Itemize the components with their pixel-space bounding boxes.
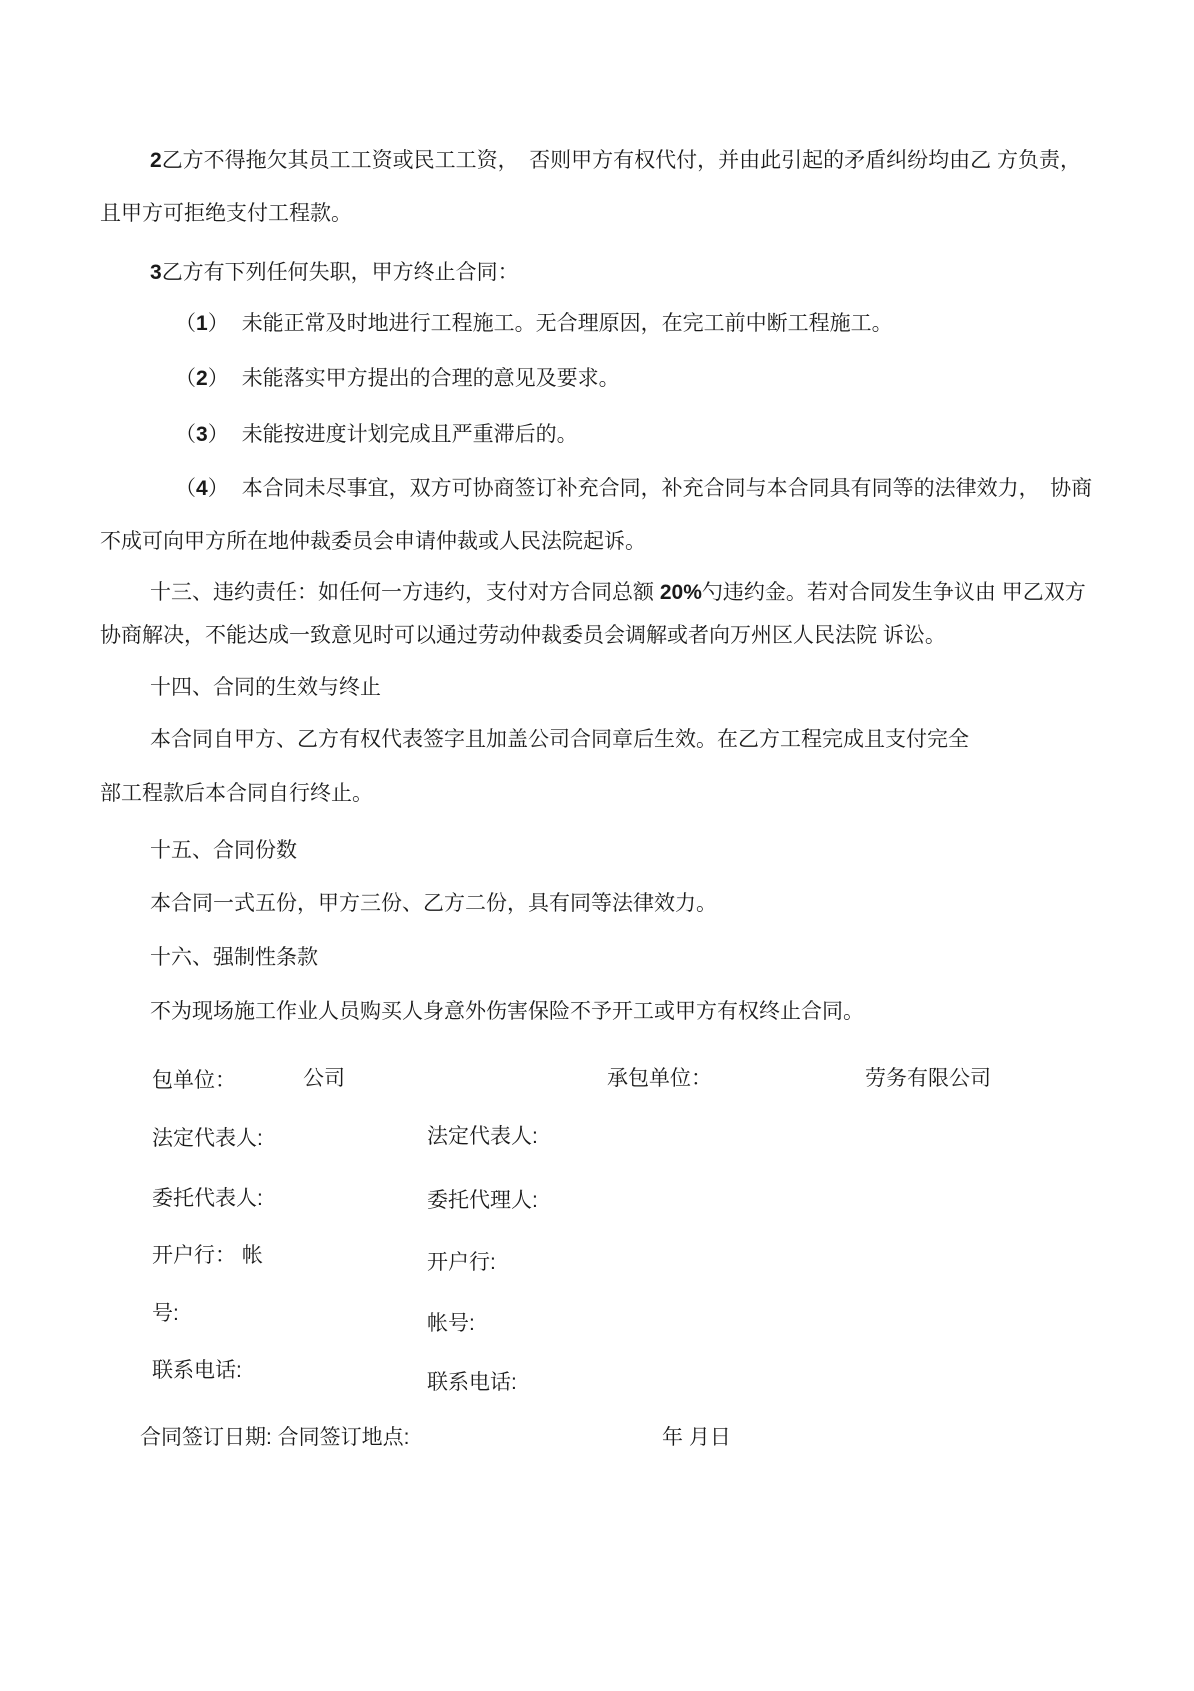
paragraph-number: 2 [150, 149, 162, 172]
label-legal-representative-right: 法定代表人: [427, 1124, 538, 1150]
label-entrusted-agent-right: 委托代理人: [427, 1188, 538, 1214]
label-account-number-right: 帐号: [427, 1311, 475, 1337]
heading-text: 十四、合同的生效与终止 [150, 676, 381, 699]
clause-14-line-2: 部工程款后本合同自行终止。 [100, 781, 373, 807]
paragraph-text: 且甲方可拒绝支付工程款。 [100, 202, 352, 225]
paragraph-text: 勺违约金。若对合同发生争议由 甲乙双方 [702, 581, 1086, 604]
list-number: 3 [196, 423, 208, 446]
value-labor-company: 劳务有限公司 [865, 1066, 991, 1092]
label-legal-representative-left: 法定代表人: [152, 1126, 263, 1152]
label-account-number-left: 号: [152, 1301, 179, 1327]
paragraph-text: 不为现场施工作业人员购买人身意外伤害保险不予开工或甲方有权终止合同。 [150, 1000, 864, 1023]
subitem-4-continuation: 不成可向甲方所在地仲裁委员会申请仲裁或人民法院起诉。 [100, 529, 646, 555]
label-contact-phone-left: 联系电话: [152, 1358, 242, 1384]
label-bank-left: 开户行： 帐 [152, 1243, 263, 1269]
clause-16-heading: 十六、强制性条款 [150, 945, 318, 971]
paragraph-text: 协商解决，不能达成一致意见时可以通过劳动仲裁委员会调解或者向万州区人民法院 诉讼… [100, 624, 946, 647]
subitem-3: （3）未能按进度计划完成且严重滞后的。 [175, 422, 578, 448]
list-text: 未能正常及时地进行工程施工。无合理原因，在完工前中断工程施工。 [242, 312, 893, 335]
subitem-4: （4）本合同未尽事宜，双方可协商签订补充合同，补充合同与本合同具有同等的法律效力… [175, 476, 1092, 502]
list-paren-close: ） [208, 312, 229, 335]
list-paren-close: ） [208, 477, 229, 500]
clause-13-line-2: 协商解决，不能达成一致意见时可以通过劳动仲裁委员会调解或者向万州区人民法院 诉讼… [100, 623, 946, 649]
list-paren-open: （ [175, 477, 196, 500]
document-page: 2乙方不得拖欠其员工工资或民工工资， 否则甲方有权代付，并由此引起的矛盾纠纷均由… [0, 0, 1194, 1691]
paragraph-text: 本合同自甲方、乙方有权代表签字且加盖公司合同章后生效。在乙方工程完成且支付完全 [150, 728, 969, 751]
paragraph-text: 乙方不得拖欠其员工工资或民工工资， 否则甲方有权代付，并由此引起的矛盾纠纷均由乙… [162, 149, 1081, 172]
label-signing-date-place: 合同签订日期: 合同签订地点: [140, 1425, 410, 1451]
heading-text: 十五、合同份数 [150, 839, 297, 862]
paragraph-text: 十三、违约责任：如任何一方违约，支付对方合同总额 [150, 581, 660, 604]
list-text: 未能落实甲方提出的合理的意见及要求。 [242, 367, 620, 390]
subitem-2: （2）未能落实甲方提出的合理的意见及要求。 [175, 366, 620, 392]
list-number: 4 [196, 477, 208, 500]
para-2-line-1: 2乙方不得拖欠其员工工资或民工工资， 否则甲方有权代付，并由此引起的矛盾纠纷均由… [150, 148, 1081, 174]
clause-15-heading: 十五、合同份数 [150, 838, 297, 864]
list-text: 未能按进度计划完成且严重滞后的。 [242, 423, 578, 446]
paragraph-text: 乙方有下列任何失职，甲方终止合同： [162, 261, 519, 284]
paragraph-text: 不成可向甲方所在地仲裁委员会申请仲裁或人民法院起诉。 [100, 530, 646, 553]
heading-text: 十六、强制性条款 [150, 946, 318, 969]
paragraph-text: 部工程款后本合同自行终止。 [100, 782, 373, 805]
list-paren-close: ） [208, 423, 229, 446]
clause-16-body: 不为现场施工作业人员购买人身意外伤害保险不予开工或甲方有权终止合同。 [150, 999, 864, 1025]
clause-14-line-1: 本合同自甲方、乙方有权代表签字且加盖公司合同章后生效。在乙方工程完成且支付完全 [150, 727, 969, 753]
clause-13-line-1: 十三、违约责任：如任何一方违约，支付对方合同总额 20%勺违约金。若对合同发生争… [150, 580, 1086, 606]
list-paren-open: （ [175, 312, 196, 335]
label-entrusted-representative-left: 委托代表人: [152, 1186, 263, 1212]
list-number: 2 [196, 367, 208, 390]
label-bank-right: 开户行: [427, 1250, 496, 1276]
paragraph-text: 本合同一式五份，甲方三份、乙方二份，具有同等法律效力。 [150, 892, 717, 915]
penalty-percentage: 20% [660, 581, 702, 604]
label-issuing-unit: 包单位： [152, 1068, 236, 1094]
value-issuing-company: 公司 [303, 1066, 345, 1092]
label-contact-phone-right: 联系电话: [427, 1370, 517, 1396]
para-2-line-2: 且甲方可拒绝支付工程款。 [100, 201, 352, 227]
label-contracting-unit: 承包单位： [607, 1066, 712, 1092]
subitem-1: （1）未能正常及时地进行工程施工。无合理原因，在完工前中断工程施工。 [175, 311, 893, 337]
list-text: 本合同未尽事宜，双方可协商签订补充合同，补充合同与本合同具有同等的法律效力， 协… [242, 477, 1093, 500]
list-number: 1 [196, 312, 208, 335]
para-3-heading: 3乙方有下列任何失职，甲方终止合同： [150, 260, 519, 286]
paragraph-number: 3 [150, 261, 162, 284]
list-paren-open: （ [175, 367, 196, 390]
list-paren-open: （ [175, 423, 196, 446]
label-year-month-day: 年 月日 [662, 1425, 731, 1451]
clause-14-heading: 十四、合同的生效与终止 [150, 675, 381, 701]
clause-15-body: 本合同一式五份，甲方三份、乙方二份，具有同等法律效力。 [150, 891, 717, 917]
list-paren-close: ） [208, 367, 229, 390]
